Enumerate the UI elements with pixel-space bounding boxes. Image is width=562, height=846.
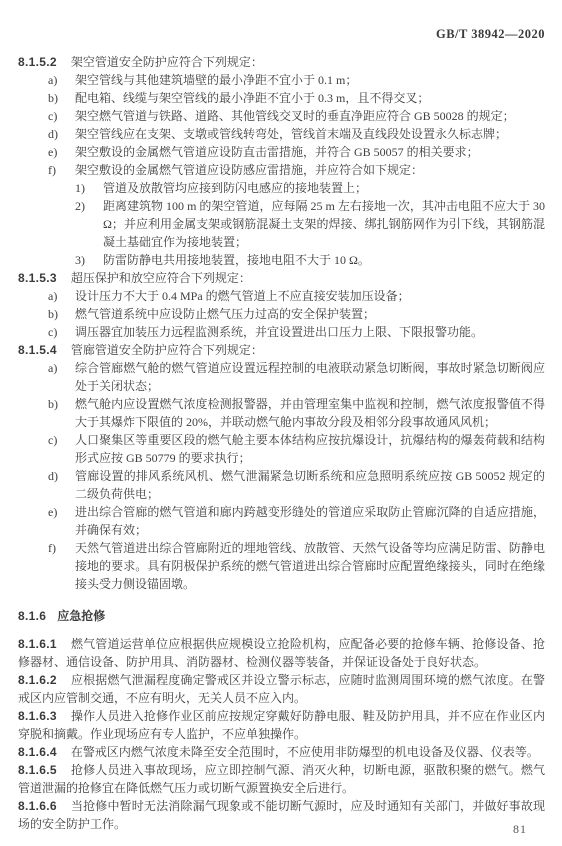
paragraph-text: 调压器宜加装压力远程监测系统，并宜设置进出口压力上限、下限报警功能。 xyxy=(75,325,483,339)
paragraph-text: 距离建筑物 100 m 的架空管道，应每隔 25 m 左右接地一次，其冲击电阻不… xyxy=(103,199,545,249)
paragraph: 8.1.6.1 燃气管道运营单位应根据供应规模设立抢险机构，应配备必要的抢修车辆… xyxy=(18,635,545,671)
paragraph: b) 配电箱、线缆与架空管线的最小净距不宜小于 0.3 m，且不得交叉； xyxy=(18,89,545,107)
paragraph-text: 管廊管道安全防护应符合下列规定： xyxy=(71,343,263,357)
paragraph: 8.1.5.2 架空管道安全防护应符合下列规定： xyxy=(18,53,545,71)
paragraph-text: 综合管廊燃气舱的燃气管道应设置远程控制的电液联动紧急切断阀，事故时紧急切断阀应处… xyxy=(75,361,545,393)
item-label: 3) xyxy=(75,251,85,269)
document-page: GB/T 38942—2020 8.1.5.2 架空管道安全防护应符合下列规定：… xyxy=(0,0,562,846)
running-header-standard-number: GB/T 38942—2020 xyxy=(436,25,545,43)
clause-number: 8.1.6.6 xyxy=(18,799,57,813)
clause-number: 8.1.5.2 xyxy=(18,55,57,69)
paragraph: 8.1.6.4 在警戒区内燃气浓度未降至安全范围时，不应使用非防爆型的机电设备及… xyxy=(18,743,545,761)
clause-number: 8.1.6.4 xyxy=(18,745,57,759)
paragraph-text: 架空管线与其他建筑墙壁的最小净距不宜小于 0.1 m； xyxy=(75,73,357,87)
item-label: b) xyxy=(48,305,58,323)
paragraph-text: 架空管道安全防护应符合下列规定： xyxy=(71,55,263,69)
item-label: d) xyxy=(48,125,58,143)
clause-number: 8.1.5.3 xyxy=(18,271,57,285)
clause-number: 8.1.6.2 xyxy=(18,673,57,687)
item-label: f) xyxy=(48,539,56,557)
paragraph-text: 设计压力不大于 0.4 MPa 的燃气管道上不应直接安装加压设备； xyxy=(75,289,410,303)
paragraph-text: 进出综合管廊的燃气管道和廊内跨越变形缝处的管道应采取防止管廊沉降的自适应措施，并… xyxy=(75,505,545,537)
paragraph-text: 燃气管道系统中应设防止燃气压力过高的安全保护装置； xyxy=(75,307,375,321)
paragraph-text: 当抢修中暂时无法消除漏气现象或不能切断气源时，应及时通知有关部门，并做好事故现场… xyxy=(18,799,545,831)
paragraph-text: 超压保护和放空应符合下列规定： xyxy=(71,271,251,285)
item-label: c) xyxy=(48,431,57,449)
item-label: b) xyxy=(48,89,58,107)
item-label: d) xyxy=(48,467,58,485)
paragraph-text: 燃气舱内应设置燃气浓度检测报警器，并由管理室集中监视和控制，燃气浓度报警值不得大… xyxy=(75,397,545,429)
paragraph-text: 架空管线应在支架、支墩或管线转弯处，管线首末端及直线段处设置永久标志牌； xyxy=(75,127,507,141)
clause-number: 8.1.5.4 xyxy=(18,343,57,357)
paragraph: 8.1.6.5 抢修人员进入事故现场，应立即控制气源、消灭火种，切断电源，驱散积… xyxy=(18,761,545,797)
clause-number: 8.1.6 xyxy=(18,609,46,623)
paragraph: d) 架空管线应在支架、支墩或管线转弯处，管线首末端及直线段处设置永久标志牌； xyxy=(18,125,545,143)
paragraph: 8.1.5.3 超压保护和放空应符合下列规定： xyxy=(18,269,545,287)
paragraph: b) 燃气管道系统中应设防止燃气压力过高的安全保护装置； xyxy=(18,305,545,323)
item-label: a) xyxy=(48,71,57,89)
paragraph-text: 架空敷设的金属燃气管道应设防直击雷措施，并符合 GB 50057 的相关要求； xyxy=(75,145,479,159)
page-number: 81 xyxy=(513,820,527,838)
item-label: a) xyxy=(48,359,57,377)
paragraph: 8.1.6.6 当抢修中暂时无法消除漏气现象或不能切断气源时，应及时通知有关部门… xyxy=(18,797,545,833)
item-label: b) xyxy=(48,395,58,413)
paragraph-text: 天然气管道进出综合管廊附近的埋地管线、放散管、天然气设备等均应满足防雷、防静电接… xyxy=(75,541,545,591)
paragraph: 8.1.6 应急抢修 xyxy=(18,607,545,625)
item-label: c) xyxy=(48,323,57,341)
paragraph: c) 人口聚集区等重要区段的燃气舱主要本体结构应按抗爆设计，抗爆结构的爆轰荷载和… xyxy=(18,431,545,467)
item-label: e) xyxy=(48,143,57,161)
paragraph: d) 管廊设置的排风系统风机、燃气泄漏紧急切断系统和应急照明系统应按 GB 50… xyxy=(18,467,545,503)
paragraph: f) 架空敷设的金属燃气管道应设防感应雷措施，并应符合如下规定： xyxy=(18,161,545,179)
paragraph-text: 配电箱、线缆与架空管线的最小净距不宜小于 0.3 m，且不得交叉； xyxy=(75,91,429,105)
paragraph-text: 架空敷设的金属燃气管道应设防感应雷措施，并应符合如下规定： xyxy=(75,163,423,177)
paragraph: e) 架空敷设的金属燃气管道应设防直击雷措施，并符合 GB 50057 的相关要… xyxy=(18,143,545,161)
item-label: e) xyxy=(48,503,57,521)
document-body: 8.1.5.2 架空管道安全防护应符合下列规定： a) 架空管线与其他建筑墙壁的… xyxy=(18,53,545,833)
paragraph: 8.1.6.2 应根据燃气泄漏程度确定警戒区并设立警示标志，应随时监测周围环境的… xyxy=(18,671,545,707)
clause-number: 8.1.6.1 xyxy=(18,637,57,651)
paragraph-text: 人口聚集区等重要区段的燃气舱主要本体结构应按抗爆设计，抗爆结构的爆轰荷载和结构形… xyxy=(75,433,545,465)
paragraph: a) 设计压力不大于 0.4 MPa 的燃气管道上不应直接安装加压设备； xyxy=(18,287,545,305)
paragraph: c) 架空燃气管道与铁路、道路、其他管线交叉时的垂直净距应符合 GB 50028… xyxy=(18,107,545,125)
paragraph-text: 管道及放散管均应接到防闪电感应的接地装置上； xyxy=(103,181,367,195)
item-label: 1) xyxy=(75,179,85,197)
paragraph-text: 防雷防静电共用接地装置，接地电阻不大于 10 Ω。 xyxy=(103,253,370,267)
item-label: c) xyxy=(48,107,57,125)
paragraph-text: 燃气管道运营单位应根据供应规模设立抢险机构，应配备必要的抢修车辆、抢修设备、抢修… xyxy=(18,637,545,669)
paragraph: a) 架空管线与其他建筑墙壁的最小净距不宜小于 0.1 m； xyxy=(18,71,545,89)
paragraph: a) 综合管廊燃气舱的燃气管道应设置远程控制的电液联动紧急切断阀，事故时紧急切断… xyxy=(18,359,545,395)
item-label: 2) xyxy=(75,197,85,215)
item-label: a) xyxy=(48,287,57,305)
paragraph: 2) 距离建筑物 100 m 的架空管道，应每隔 25 m 左右接地一次，其冲击… xyxy=(18,197,545,251)
paragraph: 8.1.6.3 操作人员进入抢修作业区前应按规定穿戴好防静电服、鞋及防护用具，并… xyxy=(18,707,545,743)
paragraph-text: 应急抢修 xyxy=(57,609,105,623)
paragraph: 3) 防雷防静电共用接地装置，接地电阻不大于 10 Ω。 xyxy=(18,251,545,269)
paragraph-text: 在警戒区内燃气浓度未降至安全范围时，不应使用非防爆型的机电设备及仪器、仪表等。 xyxy=(71,745,539,759)
paragraph-text: 操作人员进入抢修作业区前应按规定穿戴好防静电服、鞋及防护用具，并不应在作业区内穿… xyxy=(18,709,545,741)
clause-number: 8.1.6.3 xyxy=(18,709,57,723)
paragraph-text: 抢修人员进入事故现场，应立即控制气源、消灭火种，切断电源，驱散积聚的燃气。燃气管… xyxy=(18,763,545,795)
paragraph-text: 管廊设置的排风系统风机、燃气泄漏紧急切断系统和应急照明系统应按 GB 50052… xyxy=(75,469,545,501)
paragraph: c) 调压器宜加装压力远程监测系统，并宜设置进出口压力上限、下限报警功能。 xyxy=(18,323,545,341)
item-label: f) xyxy=(48,161,56,179)
paragraph: 1) 管道及放散管均应接到防闪电感应的接地装置上； xyxy=(18,179,545,197)
paragraph: 8.1.5.4 管廊管道安全防护应符合下列规定： xyxy=(18,341,545,359)
paragraph: b) 燃气舱内应设置燃气浓度检测报警器，并由管理室集中监视和控制，燃气浓度报警值… xyxy=(18,395,545,431)
paragraph: e) 进出综合管廊的燃气管道和廊内跨越变形缝处的管道应采取防止管廊沉降的自适应措… xyxy=(18,503,545,539)
paragraph: f) 天然气管道进出综合管廊附近的埋地管线、放散管、天然气设备等均应满足防雷、防… xyxy=(18,539,545,593)
paragraph-text: 应根据燃气泄漏程度确定警戒区并设立警示标志，应随时监测周围环境的燃气浓度。在警戒… xyxy=(18,673,545,705)
clause-number: 8.1.6.5 xyxy=(18,763,57,777)
paragraph-text: 架空燃气管道与铁路、道路、其他管线交叉时的垂直净距应符合 GB 50028 的规… xyxy=(75,109,515,123)
